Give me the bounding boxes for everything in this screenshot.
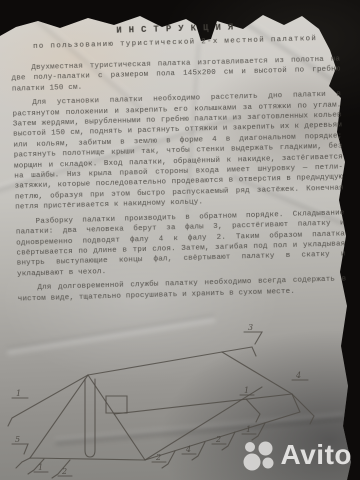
diagram-label: 4 (295, 371, 301, 380)
instruction-paragraph: Разборку палатки производить в обратном … (15, 208, 346, 280)
avito-watermark: Avito (243, 438, 352, 471)
diagram-label: 1 (246, 425, 251, 434)
diagram-label: 4 (185, 445, 191, 454)
instruction-paragraph: Двухместная туристическая палатка изгота… (11, 54, 341, 94)
diagram-label: 2 (61, 467, 67, 476)
document-body: ИНСТРУКЦИЯ по пользованию туристической … (10, 19, 347, 304)
diagram-label: 2 (215, 435, 221, 444)
diagram-label: 1 (16, 389, 21, 398)
diagram-label: 1 (244, 386, 249, 395)
diagram-label: 5 (15, 435, 20, 444)
avito-watermark-text: Avito (281, 441, 352, 469)
instruction-paragraph: Для установки палатки необходимо расстел… (12, 90, 344, 214)
diagram-label: 2 (155, 453, 161, 462)
diagram-label: 3 (248, 323, 253, 332)
photo-scene: ИНСТРУКЦИЯ по пользованию туристической … (0, 0, 360, 480)
diagram-label: 1 (38, 463, 43, 472)
avito-dots-icon (243, 438, 276, 471)
